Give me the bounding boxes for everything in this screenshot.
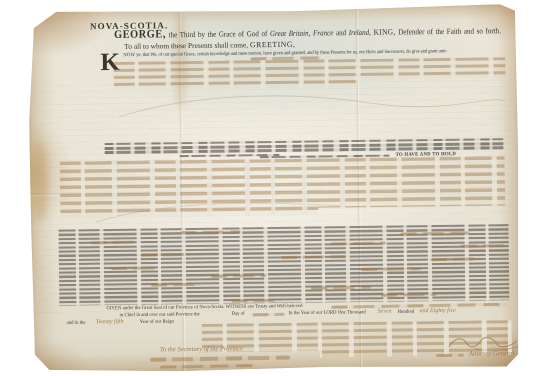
address-line-segment: GREETING, <box>250 40 296 50</box>
handwritten-insertions-layer <box>28 4 517 10</box>
crease-stain-top <box>174 8 187 108</box>
secretary-docket-note: To the Secretary of the Province <box>160 345 243 353</box>
royal-line-segment: Ireland, <box>349 28 371 37</box>
address-line-segment: To all to whom these Presents shall come… <box>124 40 248 51</box>
year-of-lord-line: In the Year of our LORD One Thousand <box>288 310 365 316</box>
commander-in-chief-line: in Chief in and over our said Province t… <box>120 312 200 318</box>
tenendum-clause: TO HAVE AND TO HOLD <box>396 151 457 157</box>
royal-line-segment: Defender of the Faith and so forth. <box>398 26 501 36</box>
parchment-document: NOVA-SCOTIA. GEORGE, the Third by the Gr… <box>28 4 521 373</box>
address-line: To all to whom these Presents shall come… <box>124 40 295 51</box>
day-of-label: Day of <box>231 311 244 316</box>
secretary-signature <box>150 356 290 362</box>
and-in-the-label: and in the <box>67 320 86 325</box>
handwritten-certification-block <box>202 320 512 359</box>
printed-conditions-block <box>58 224 509 305</box>
royal-line-segment: Great Britain, <box>270 29 311 38</box>
handwritten-regnal-year: Twenty fifth <box>96 318 124 324</box>
attorney-signature-initials <box>436 354 464 357</box>
royal-line-segment: KING, <box>374 28 396 37</box>
know-ye-segment: NOW <box>123 53 135 58</box>
handwritten-interlinear <box>250 56 320 60</box>
royal-style-line: GEORGE, the Third by the Grace of God of… <box>114 24 501 41</box>
attorney-general-note: Attorney General <box>469 350 514 358</box>
handwritten-year-word: and Eighty five <box>419 307 455 313</box>
royal-line-segment: France <box>313 28 333 37</box>
royal-line-segment: the Third by the Grace of God of <box>169 29 268 39</box>
handwritten-year-word: Seven <box>377 308 391 314</box>
photo-canvas: NOVA-SCOTIA. GEORGE, the Third by the Gr… <box>0 0 533 376</box>
year-of-reign-label: Year of our Reign <box>140 319 174 324</box>
secretary-signature-second <box>160 364 255 369</box>
hundred-label: Hundred <box>397 309 414 314</box>
royal-line-segment: and <box>336 28 346 37</box>
king-name: GEORGE, <box>114 28 166 41</box>
handwritten-day <box>253 312 285 315</box>
